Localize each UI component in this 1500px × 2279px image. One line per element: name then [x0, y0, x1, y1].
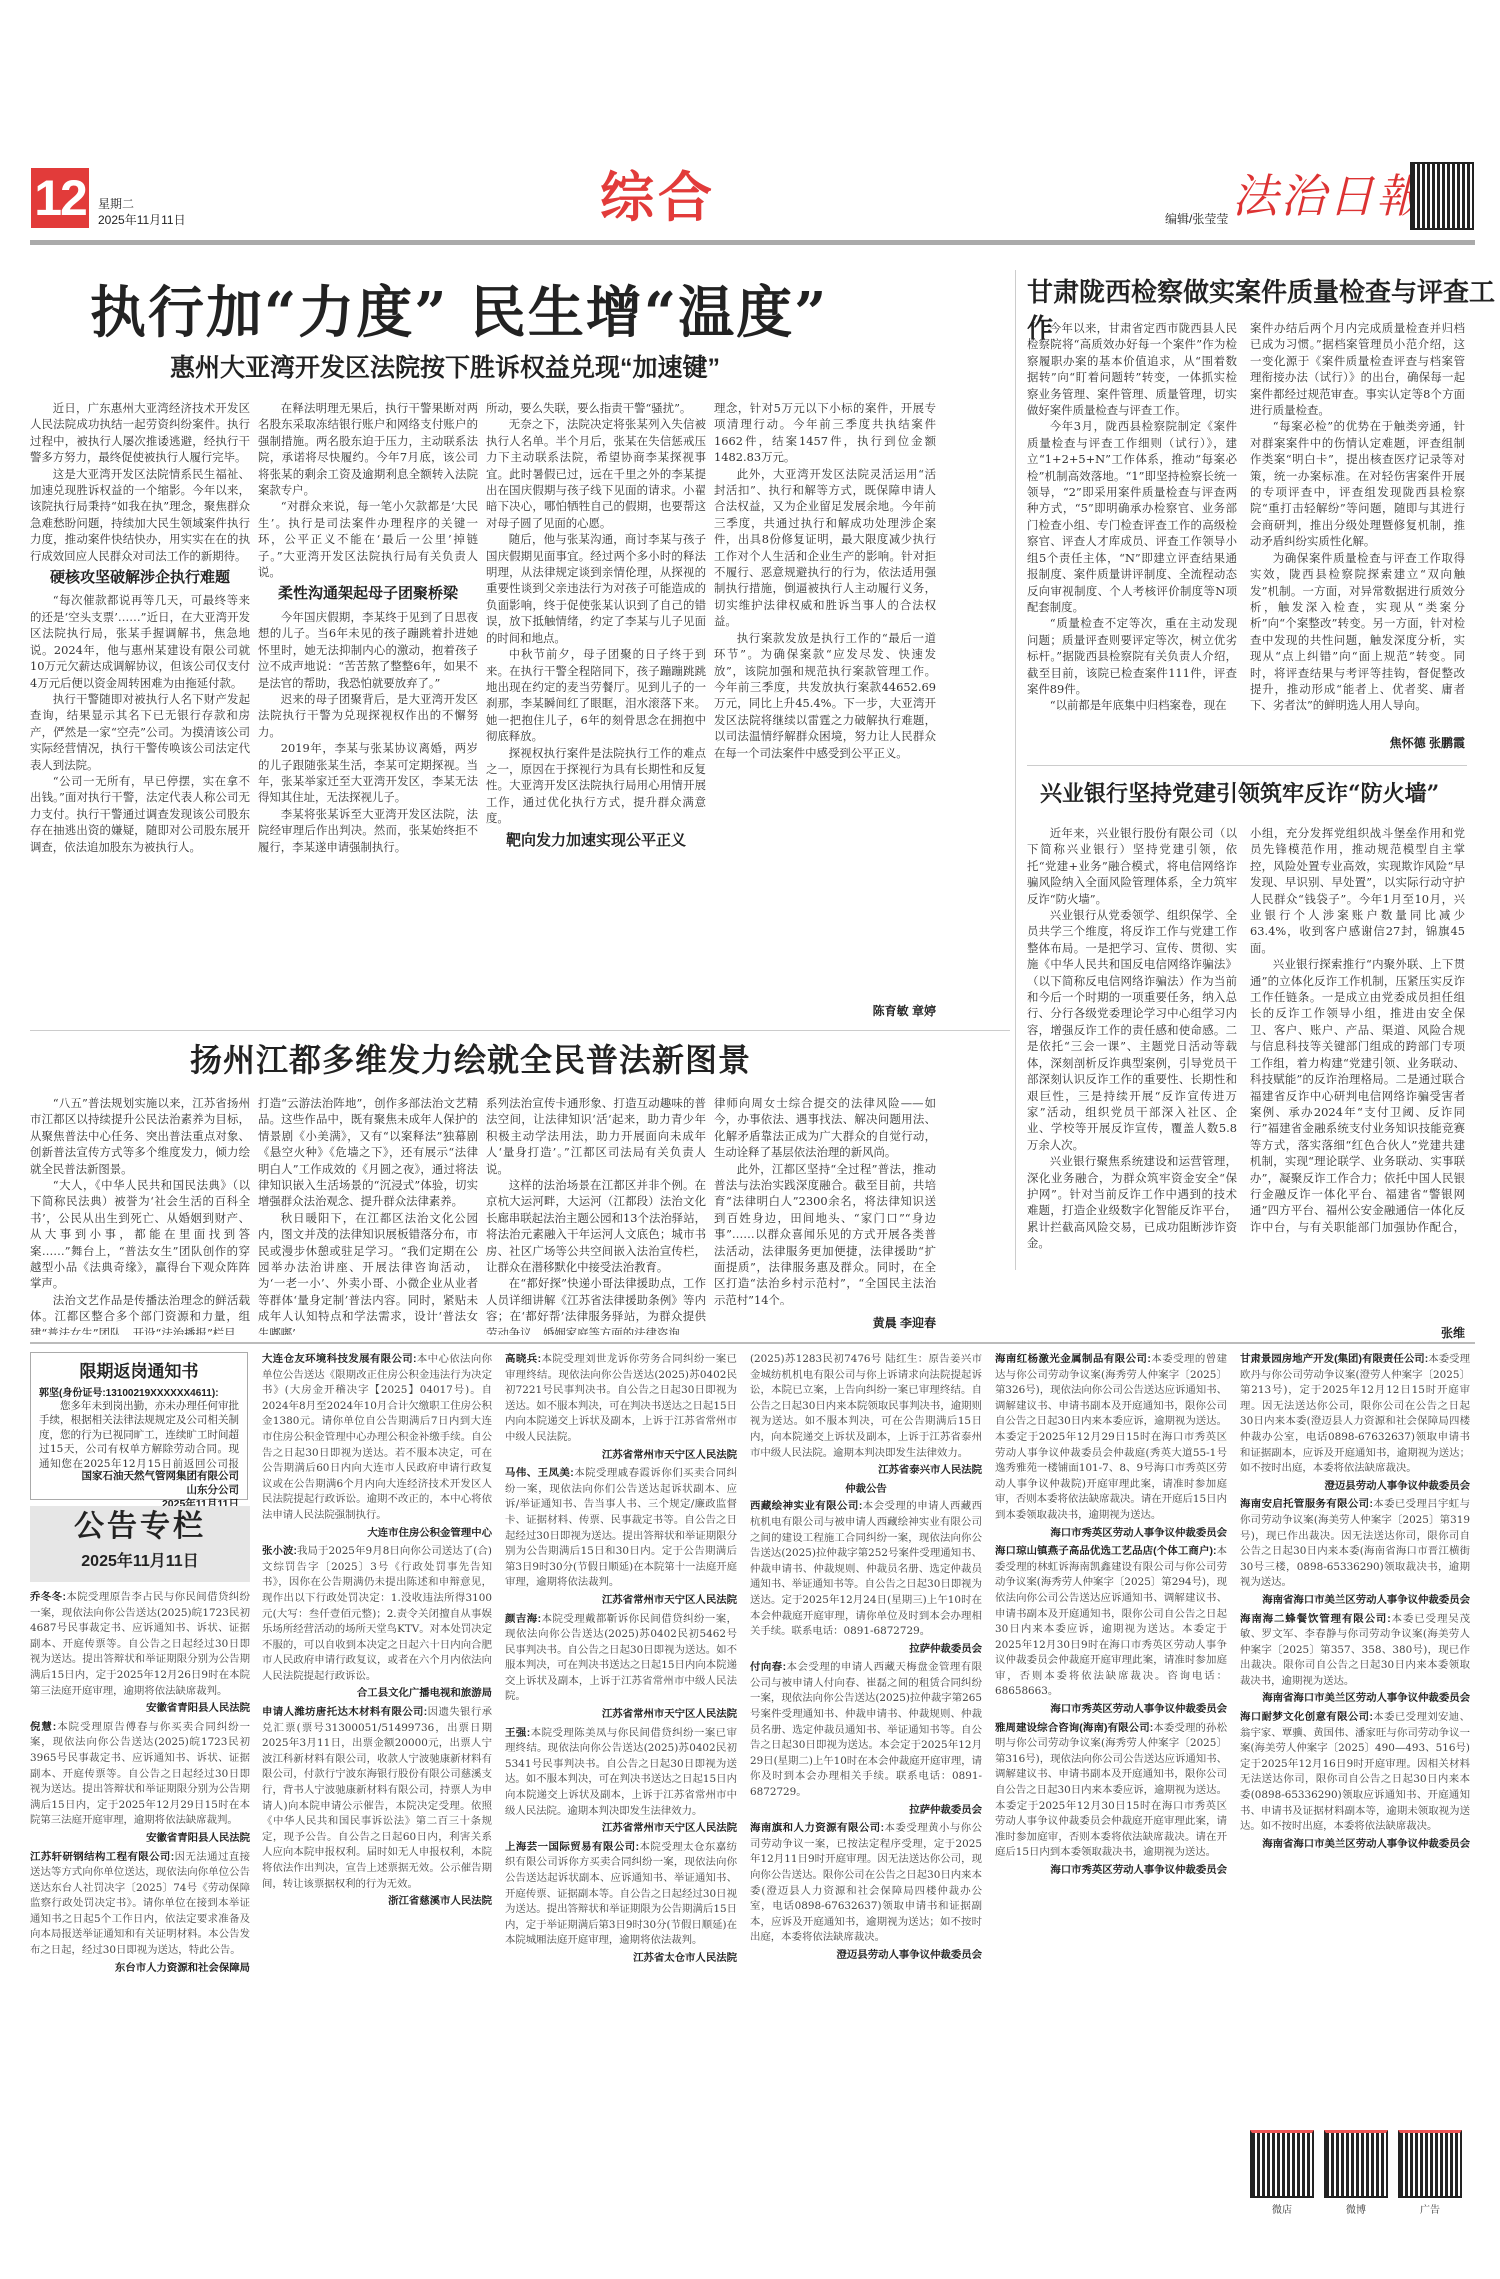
newspaper-logo: 法治日報: [1232, 168, 1424, 224]
editor-credit: 编辑/张莹莹: [1165, 210, 1228, 227]
qr-code-icon: [1324, 2130, 1388, 2198]
article2-col2: 案件办结后两个月内完成质量检查并归档已成为习惯。”据档案管理员小范介绍，这一变化…: [1250, 320, 1465, 730]
notice-recipient: 郭坚(身份证号:13100219XXXXXX4611):: [39, 1384, 239, 1399]
notices-col2: 大连仓友环境科技发展有限公司:本中心依法向你单位公告送达《限期改正住房公积金违法…: [262, 1352, 492, 2260]
notice-item: 海南红杨激光金属制品有限公司:本委受理的曾建达与你公司劳动争议案(海秀劳人仲案字…: [995, 1352, 1227, 1541]
notices-col1: 乔冬冬:本院受理原告李占民与你民间借贷纠纷一案，现依法向你公告送达(2025)皖…: [30, 1590, 250, 2260]
notice-item: 海南旗和人力资源有限公司:本委受理黄小与你公司劳动争议一案，已按法定程序受理，定…: [750, 1821, 982, 1963]
notice-item: 海口琼山镇燕子高品优选工艺品店(个体工商户):本委受理的林虹诉海南凯鑫建设有限公…: [995, 1544, 1227, 1718]
article4-col1: “八五”普法规划实施以来，江苏省扬州市江都区以持续提升公民法治素养为目标，从聚焦…: [30, 1095, 250, 1335]
return-to-work-notice: 限期返岗通知书 郭坚(身份证号:13100219XXXXXX4611): 您多年…: [30, 1352, 248, 1500]
notice-title: 限期返岗通知书: [39, 1357, 239, 1382]
notice-item: 申请人潍坊唐托达木材料有限公司:因遗失银行承兑汇票(票号31300051/514…: [262, 1705, 492, 1910]
notice-item: 海南海二蜂餐饮管理有限公司:本委已受理吴茂敏、罗文军、李春静与你司劳动争议案(海…: [1240, 1612, 1470, 1708]
notice-item: 高晓兵:本院受理刘世龙诉你劳务合同纠纷一案已审理终结。现依法向你公告送达(202…: [505, 1352, 737, 1463]
weekday: 星期二: [98, 196, 186, 212]
article1-headline: 执行加“力度” 民生增“温度”: [90, 278, 828, 348]
notice-item: 上海芸一国际贸易有限公司:本院受理太仓东嘉纺织有限公司诉你方买卖合同纠纷一案，现…: [505, 1840, 737, 1967]
notice-item: 马伟、王凤美:本院受理戚春霞诉你们买卖合同纠纷一案，现依法向你们公告送达起诉状副…: [505, 1466, 737, 1608]
notice-item: 王强:本院受理陈美凤与你民间借贷纠纷一案已审理终结。现依法向你公告送达(2025…: [505, 1726, 737, 1837]
article3-col1: 近年来，兴业银行股份有限公司（以下简称兴业银行）坚持党建引领，依托“党建+业务”…: [1027, 825, 1237, 1260]
announcement-date: 2025年11月11日: [30, 1548, 250, 1571]
qr-ads[interactable]: 广告: [1398, 2130, 1462, 2217]
notices-col5: 海南红杨激光金属制品有限公司:本委受理的曾建达与你公司劳动争议案(海秀劳人仲案字…: [995, 1352, 1227, 2260]
notice-item: (2025)苏1283民初7476号 陆红生：原告姜兴市金城纺机机电有限公司与你…: [750, 1352, 982, 1479]
header-rule: [30, 240, 1475, 245]
page-number: 12: [31, 168, 89, 228]
notice-body: 您多年未到岗出勤，亦未办理任何审批手续，根据相关法律法规规定及公司相关制度，您的…: [39, 1399, 239, 1469]
article1-byline: 陈育敏 章婷: [714, 1002, 936, 1019]
qr-weibo[interactable]: 微博: [1324, 2130, 1388, 2217]
notice-item: 雅周建设综合咨询(海南)有限公司:本委受理的孙松明与你公司劳动争议案(海秀劳人仲…: [995, 1721, 1227, 1879]
announcement-banner: 公告专栏 2025年11月11日: [30, 1506, 250, 1582]
notices-col3: 高晓兵:本院受理刘世龙诉你劳务合同纠纷一案已审理终结。现依法向你公告送达(202…: [505, 1352, 737, 2260]
qr-code-row: 微店 微博 广告: [1250, 2130, 1462, 2217]
notice-item: 甘肃景园房地产开发(集团)有限责任公司:本委受理欧丹与你公司劳动争议案(澄劳人仲…: [1240, 1352, 1470, 1494]
notice-item: 倪慧:本院受理原告傅春与你买卖合同纠纷一案，现依法向你公告送达(2025)皖17…: [30, 1720, 250, 1847]
article3-byline: 张维: [1250, 1324, 1465, 1341]
notices-col6: 甘肃景园房地产开发(集团)有限责任公司:本委受理欧丹与你公司劳动争议案(澄劳人仲…: [1240, 1352, 1470, 2112]
notice-item: 张小波:我局于2025年9月8日向你公司送达了(合)文综罚告字〔2025〕3号《…: [262, 1544, 492, 1702]
column-divider: [1015, 270, 1016, 1270]
announcement-title: 公告专栏: [30, 1506, 250, 1548]
qr-weidian[interactable]: 微店: [1250, 2130, 1314, 2217]
section-title: 综合: [600, 168, 716, 228]
notice-item: 乔冬冬:本院受理原告李占民与你民间借贷纠纷一案，现依法向你公告送达(2025)皖…: [30, 1590, 250, 1717]
article1-col2: 在释法明理无果后，执行干警果断对两名股东采取冻结银行账户和网络支付账户的强制措施…: [258, 400, 478, 995]
qr-code-icon[interactable]: [1410, 162, 1474, 230]
notice-item: 西藏绘神实业有限公司:本会受理的申请人西藏西杭机电有限公司与被申请人西藏绘神实业…: [750, 1499, 982, 1657]
article1-col1: 近日，广东惠州大亚湾经济技术开发区人民法院成功执结一起劳资纠纷案件。执行过程中，…: [30, 400, 250, 995]
article1-subheadline: 惠州大亚湾开发区法院按下胜诉权益兑现“加速键”: [170, 352, 720, 384]
section-heading: 靶向发力加速实现公平正义: [486, 833, 706, 849]
notice-item: 付向春:本会受理的申请人西藏天梅盘金管理有限公司与被申请人付向春、崔磊之间的租赁…: [750, 1660, 982, 1818]
article4-col4: 律师向周女士综合提交的法律风险——如今，办事依法、遇事找法、解决问题用法、化解矛…: [714, 1095, 936, 1305]
notice-item: 海南安启托管服务有限公司:本委已受理吕宇虹与你司劳动争议案(海美劳人仲案字〔20…: [1240, 1497, 1470, 1608]
article1-col4: 理念，针对5万元以下小标的案件，开展专项清理行动。今年前三季度共执结案件1662…: [714, 400, 936, 995]
article1-col3: 所动，要么失联，要么指责干警“骚扰”。 无奈之下，法院决定将张某列入失信被执行人…: [486, 400, 706, 995]
qr-code-icon: [1398, 2130, 1462, 2198]
article4-col2: 打造“云游法治阵地”，创作多部法治文艺精品。这些作品中，既有聚焦未成年人保护的情…: [258, 1095, 478, 1335]
article-divider: [30, 1030, 1010, 1031]
notices-col4: (2025)苏1283民初7476号 陆红生：原告姜兴市金城纺机机电有限公司与你…: [750, 1352, 982, 2260]
arbitration-heading: 仲裁公告: [750, 1482, 982, 1498]
article2-col1: 今年以来，甘肃省定西市陇西县人民检察院将“高质效办好每一个案件”作为检察履职办案…: [1027, 320, 1237, 745]
section-heading: 柔性沟通架起母子团聚桥梁: [258, 586, 478, 602]
article2-byline: 焦怀德 张鹏霞: [1250, 734, 1465, 751]
notice-item: 颜吉海:本院受理戴都靳诉你民间借贷纠纷一案，现依法向你公告送达(2025)苏04…: [505, 1612, 737, 1723]
issue-date: 2025年11月11日: [98, 212, 186, 228]
article4-headline: 扬州江都多维发力绘就全民普法新图景: [190, 1037, 751, 1083]
article3-col2: 小组，充分发挥党组织战斗堡垒作用和党员先锋模范作用，推动规范模型自主掌控，风险处…: [1250, 825, 1465, 1235]
notice-item: 大连仓友环境科技发展有限公司:本中心依法向你单位公告送达《限期改正住房公积金违法…: [262, 1352, 492, 1541]
qr-code-icon: [1250, 2130, 1314, 2198]
article-divider: [1027, 765, 1467, 766]
notice-item: 江苏轩研钢结构工程有限公司:因无法通过直接送达等方式向你单位送达，现依法向你单位…: [30, 1850, 250, 1977]
notice-item: 海口耐梦文化创意有限公司:本委已受理刘安迪、翁宇家、覃骥、黄国伟、潘家旺与你司劳…: [1240, 1710, 1470, 1852]
section-rule: [30, 1342, 1475, 1344]
issue-info: 星期二 2025年11月11日: [98, 196, 186, 228]
section-heading: 硬核攻坚破解涉企执行难题: [30, 570, 250, 586]
article4-byline: 黄晨 李迎春: [714, 1314, 936, 1331]
article3-headline: 兴业银行坚持党建引领筑牢反诈“防火墙”: [1040, 778, 1439, 810]
article4-col3: 系列法治宣传卡通形象、打造互动趣味的普法空间，让法律知识‘活’起来，助力青少年积…: [486, 1095, 706, 1335]
